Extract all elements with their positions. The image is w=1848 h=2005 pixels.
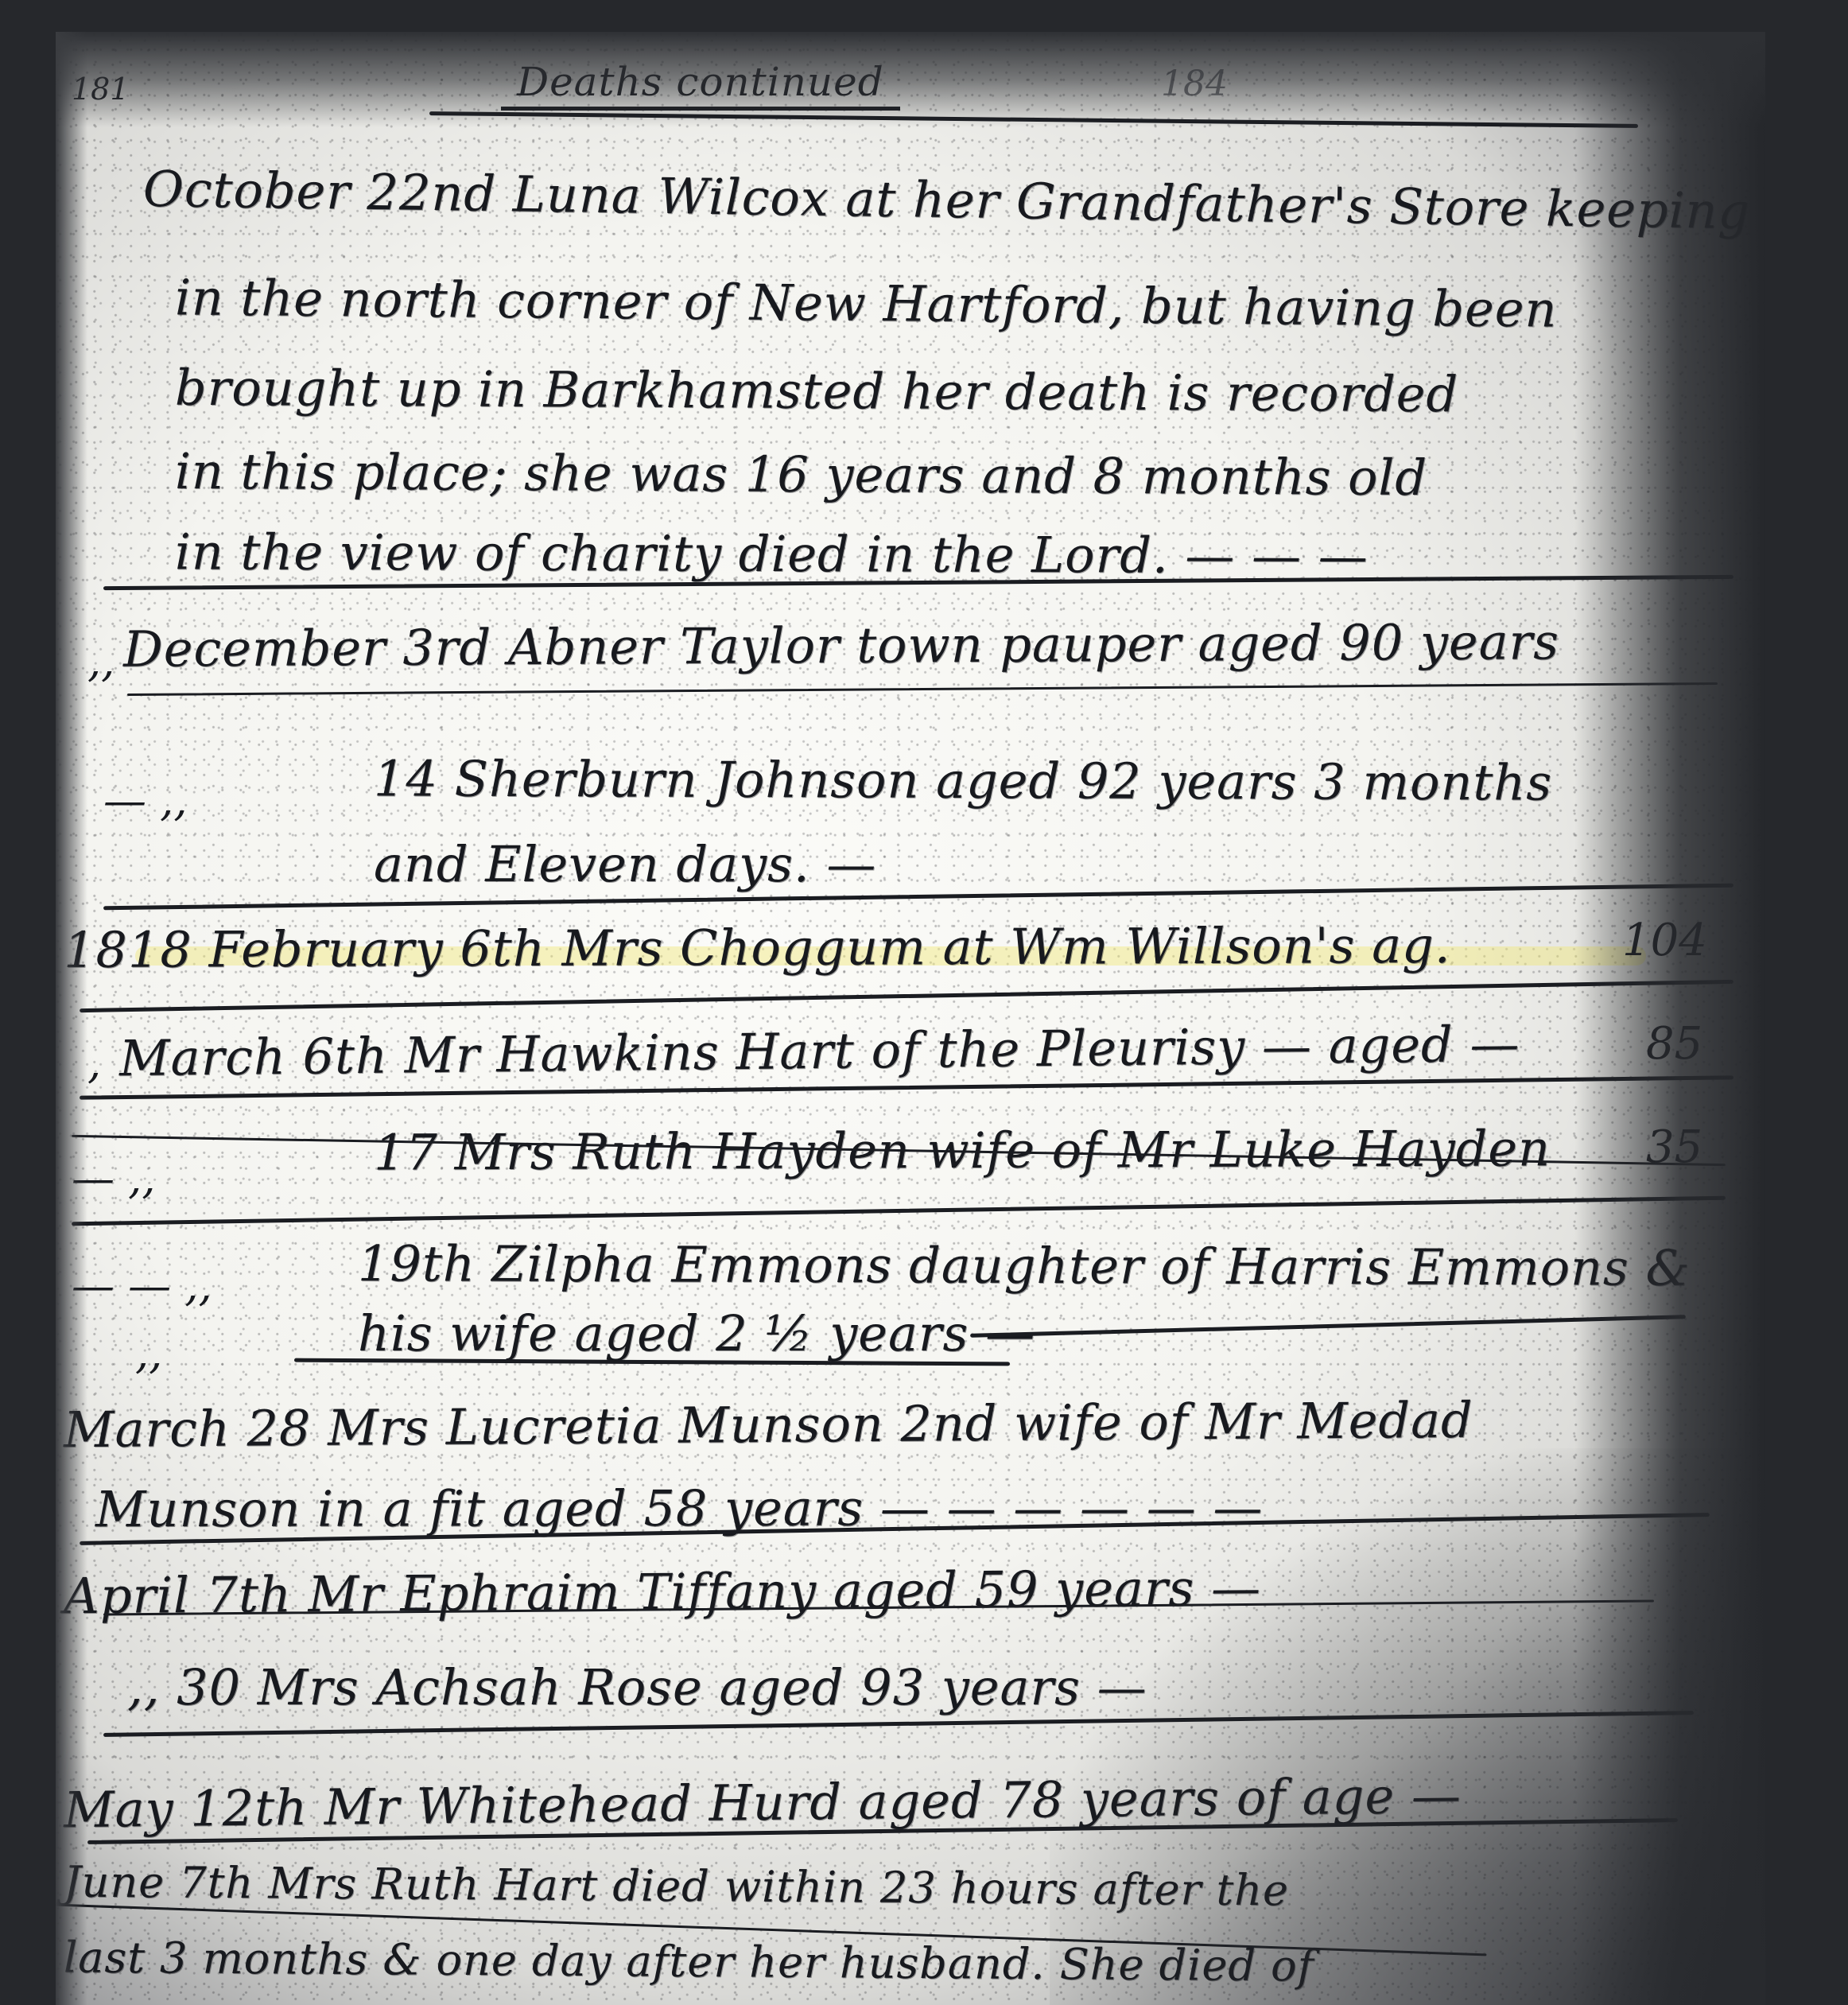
ditto-mark: — ,, bbox=[72, 1153, 156, 1203]
entry-line: 1818 February 6th Mrs Choggum at Wm Will… bbox=[64, 916, 1451, 979]
margin-age: 85 bbox=[1646, 1018, 1702, 1070]
entry-line: his wife aged 2 ½ years — bbox=[358, 1304, 1035, 1362]
entry-line: March 6th Mr Hawkins Hart of the Pleuris… bbox=[119, 1015, 1520, 1087]
entry-line: 19th Zilpha Emmons daughter of Harris Em… bbox=[358, 1234, 1691, 1297]
ditto-mark: — — ,, bbox=[72, 1261, 212, 1311]
scan-shadow-left bbox=[56, 32, 87, 2005]
entry-line: and Eleven days. — bbox=[374, 835, 876, 893]
entry-divider bbox=[970, 1315, 1686, 1338]
entry-line: Munson in a fit aged 58 years — — — — — … bbox=[95, 1478, 1264, 1539]
entry-line: brought up in Barkhamsted her death is r… bbox=[175, 359, 1459, 423]
header-rule bbox=[429, 111, 1638, 128]
underline-rule bbox=[127, 682, 1718, 696]
entry-line: December 3rd Abner Taylor town pauper ag… bbox=[123, 612, 1559, 678]
entry-divider bbox=[72, 1196, 1726, 1226]
entry-line: April 7th Mr Ephraim Tiffany aged 59 yea… bbox=[64, 1559, 1261, 1626]
entry-line: ,, 30 Mrs Achsah Rose aged 93 years — bbox=[127, 1658, 1147, 1716]
top-margin-year: 181 bbox=[72, 72, 130, 107]
entry-line: March 28 Mrs Lucretia Munson 2nd wife of… bbox=[64, 1391, 1473, 1459]
entry-line: in the view of charity died in the Lord.… bbox=[175, 523, 1369, 585]
ditto-mark: — ,, bbox=[103, 775, 188, 826]
entry-line: October 22nd Luna Wilcox at her Grandfat… bbox=[143, 160, 1751, 240]
ditto-mark: , bbox=[87, 1038, 101, 1088]
entry-divider bbox=[103, 884, 1733, 911]
entry-line: in this place; she was 16 years and 8 mo… bbox=[175, 442, 1427, 507]
page-title: Deaths continued bbox=[501, 59, 900, 111]
entry-divider bbox=[80, 980, 1733, 1012]
entry-line: in the north corner of New Hartford, but… bbox=[175, 268, 1558, 338]
entry-line: last 3 months & one day after her husban… bbox=[64, 1933, 1314, 1991]
page-number: 184 bbox=[1161, 64, 1228, 104]
document-page: 181 Deaths continued 184 October 22nd Lu… bbox=[56, 32, 1765, 2005]
ditto-mark: ,, bbox=[87, 636, 115, 686]
entry-line: 14 Sherburn Johnson aged 92 years 3 mont… bbox=[374, 749, 1552, 811]
margin-age: 104 bbox=[1622, 915, 1707, 966]
ditto-mark: ,, bbox=[135, 1328, 162, 1378]
page-header: 181 Deaths continued 184 bbox=[56, 56, 1765, 103]
entry-line: June 7th Mrs Ruth Hart died within 23 ho… bbox=[64, 1857, 1289, 1916]
